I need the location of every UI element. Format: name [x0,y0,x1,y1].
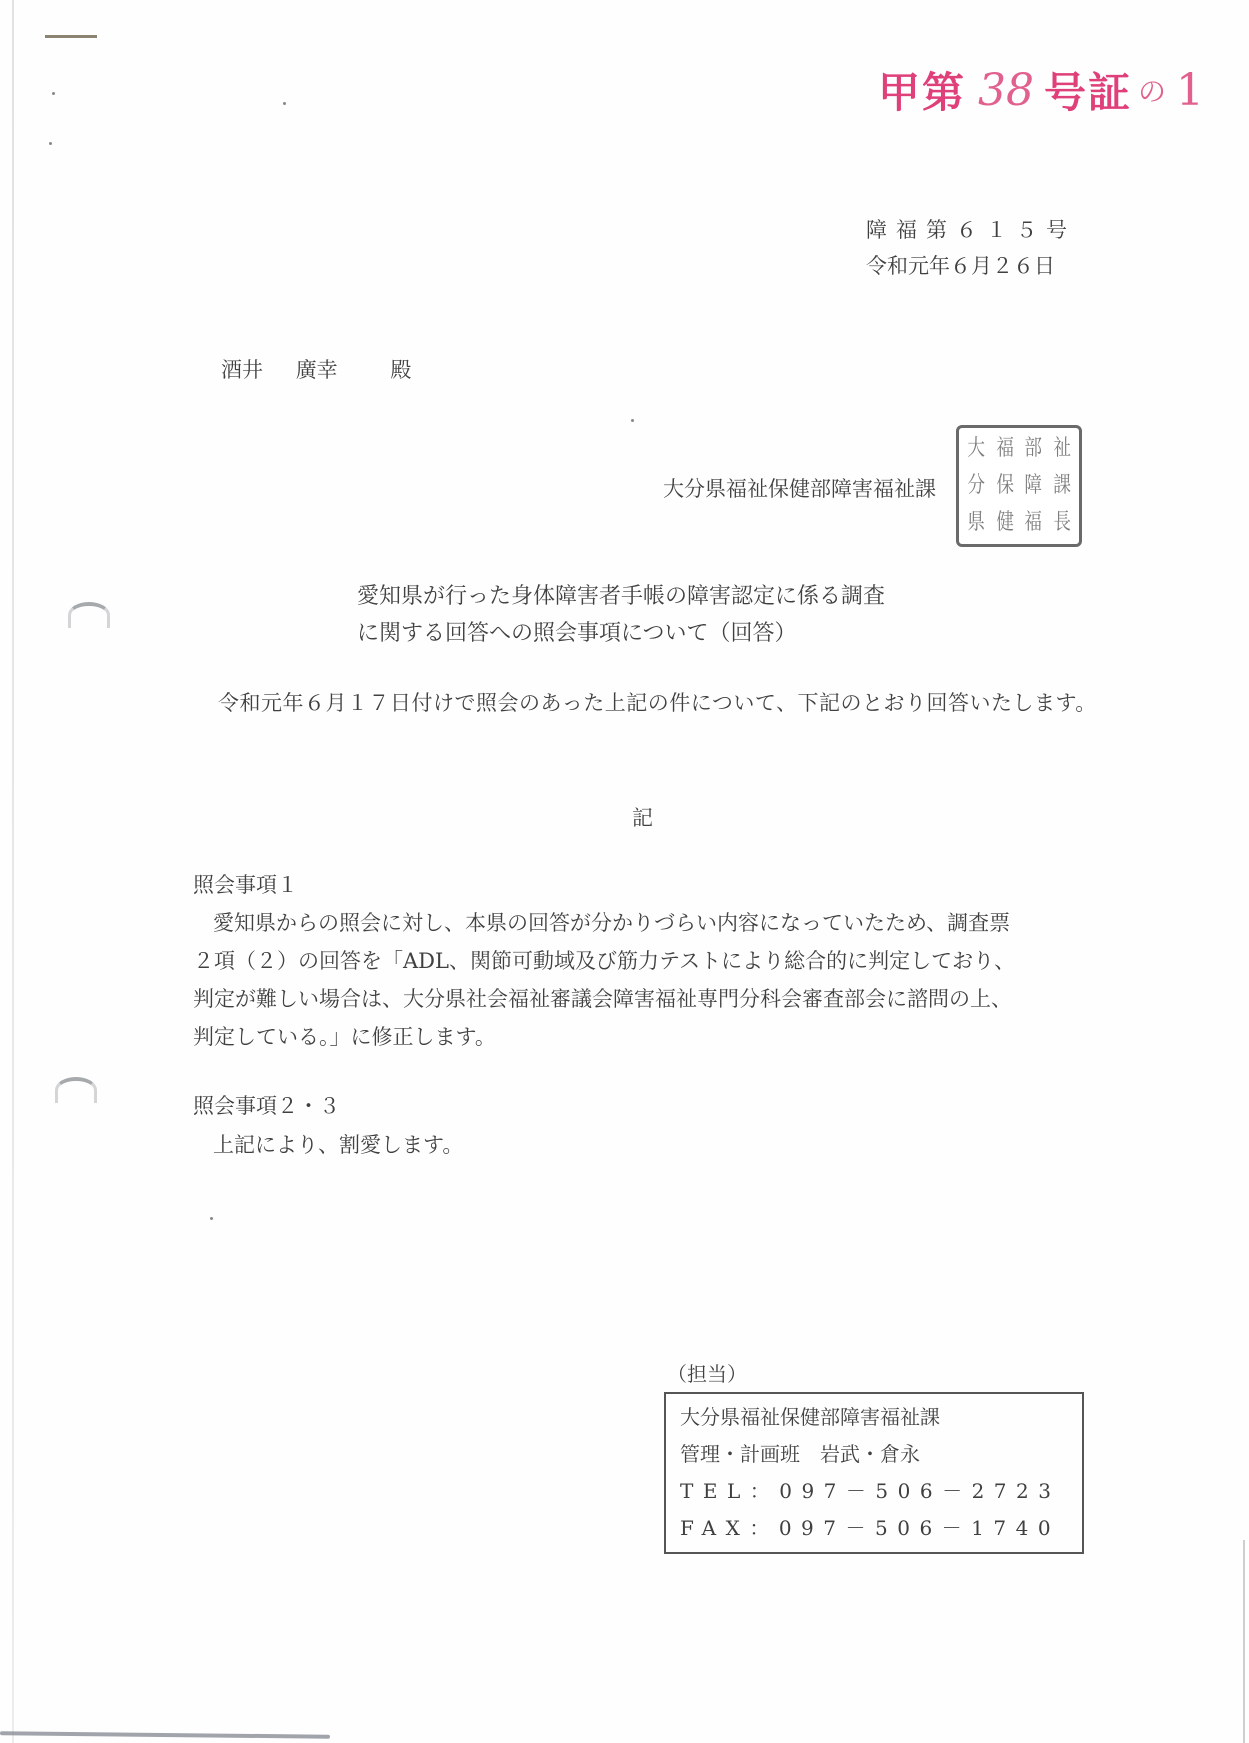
exhibit-stamp-number: 38 [978,65,1034,116]
seal-char: 福 [1022,504,1045,541]
subject-line-1: 愛知県が行った身体障害者手帳の障害認定に係る調査 [357,578,885,615]
contact-tel: TEL：097－506－2723 [680,1473,1082,1510]
exhibit-stamp: 甲第 38 号証 の 1 [878,60,1204,120]
ki-heading: 記 [632,802,653,832]
punch-hole-icon [55,1077,97,1103]
inquiry-section-2-3: 照会事項２・３ 上記により、割愛します。 [193,1089,1103,1163]
subject-line-2: に関する回答への照会事項について（回答） [357,615,885,652]
inquiry-section-line: 上記により、割愛します。 [193,1127,1103,1163]
scan-top-mark [45,35,97,38]
scan-speck [283,102,286,105]
seal-char: 県 [965,504,988,541]
scan-left-edge [12,0,14,1743]
document-date: 令和元年６月２６日 [866,248,1076,284]
intro-paragraph: 令和元年６月１７日付けで照会のあった上記の件について、下記のとおり回答いたします… [193,686,1103,720]
seal-char: 長 [1050,504,1073,541]
seal-char: 健 [993,504,1016,541]
inquiry-section-line: ２項（２）の回答を「ADL、関節可動域及び筋力テストにより総合的に判定しており、 [193,942,1103,980]
exhibit-stamp-prefix: 甲第 [878,60,966,120]
document-number-block: 障福第６１５号 令和元年６月２６日 [866,212,1076,284]
inquiry-section-line: 判定している。」に修正します。 [193,1018,1103,1056]
seal-char: 部 [1022,431,1045,468]
contact-team: 管理・計画班 岩武・倉永 [680,1436,1082,1473]
seal-char: 保 [993,468,1016,505]
punch-hole-icon [68,602,110,628]
scanned-document-page: 甲第 38 号証 の 1 障福第６１５号 令和元年６月２６日 酒井 廣幸 殿 大… [0,0,1249,1743]
seal-char: 祉 [1050,431,1073,468]
seal-char: 大 [965,431,988,468]
scan-speck [52,92,55,95]
exhibit-stamp-no: の [1138,70,1166,110]
seal-char: 福 [993,431,1016,468]
contact-fax: FAX：097－506－1740 [680,1510,1082,1547]
scan-speck [210,1217,213,1220]
scan-right-edge [1243,1540,1245,1743]
inquiry-section-line: 判定が難しい場合は、大分県社会福祉審議会障害福祉専門分科会審査部会に諮問の上、 [193,980,1103,1018]
scan-speck [631,419,634,422]
contact-department: 大分県福祉保健部障害福祉課 [680,1399,1082,1436]
exhibit-stamp-suffix: 号証 [1044,60,1132,120]
document-number: 障福第６１５号 [866,212,1076,248]
addressee-honorific: 殿 [390,354,411,384]
scan-bottom-edge [0,1731,330,1738]
addressee-family-name: 酒井 [221,354,263,384]
sender-organization: 大分県福祉保健部障害福祉課 [663,473,936,503]
inquiry-section-heading: 照会事項１ [193,868,1103,902]
exhibit-stamp-sub-number: 1 [1176,65,1204,116]
inquiry-section-1: 照会事項１ 愛知県からの照会に対し、本県の回答が分かりづらい内容になっていたため… [193,868,1103,1056]
seal-char: 障 [1022,468,1045,505]
seal-char: 課 [1050,468,1073,505]
document-subject: 愛知県が行った身体障害者手帳の障害認定に係る調査 に関する回答への照会事項につい… [357,578,885,652]
addressee: 酒井 廣幸 殿 [221,354,411,384]
scan-speck [49,142,52,145]
addressee-given-name: 廣幸 [296,354,338,384]
contact-box: 大分県福祉保健部障害福祉課 管理・計画班 岩武・倉永 TEL：097－506－2… [664,1392,1084,1554]
inquiry-section-line: 愛知県からの照会に対し、本県の回答が分かりづらい内容になっていたため、調査票 [193,904,1103,942]
contact-label: （担当） [667,1358,747,1387]
official-seal-icon: 大 福 部 祉 分 保 障 課 県 健 福 長 [956,425,1082,547]
inquiry-section-heading: 照会事項２・３ [193,1089,1103,1123]
seal-char: 分 [965,468,988,505]
